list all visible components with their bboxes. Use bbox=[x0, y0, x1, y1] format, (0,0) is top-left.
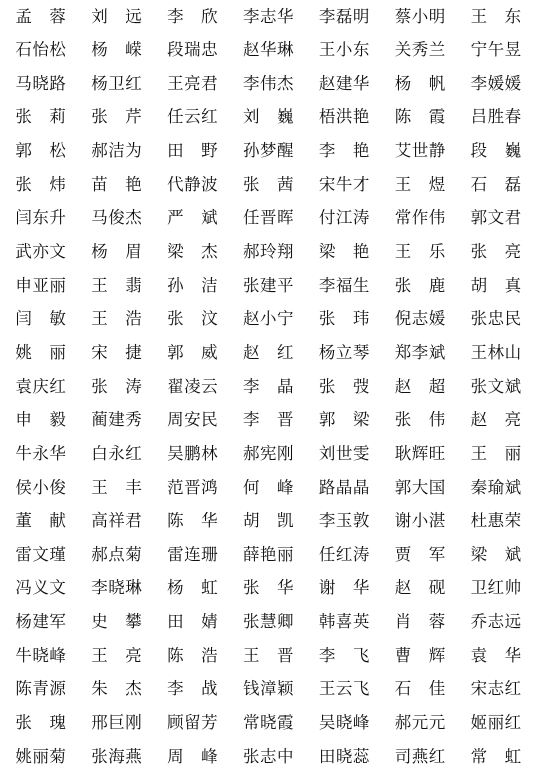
name-cell: 赵建华 bbox=[306, 67, 382, 101]
name-cell: 张建平 bbox=[231, 269, 307, 303]
person-name: 王 浩 bbox=[91, 311, 142, 328]
person-name: 刘 巍 bbox=[243, 109, 294, 126]
person-name: 任晋晖 bbox=[243, 210, 294, 227]
name-cell: 陈 浩 bbox=[155, 639, 231, 673]
name-cell: 肖 蓉 bbox=[382, 606, 458, 640]
person-name: 王 煜 bbox=[395, 177, 446, 194]
person-name: 路晶晶 bbox=[319, 480, 370, 497]
person-name: 郭 威 bbox=[167, 345, 218, 362]
person-name: 常晓霞 bbox=[243, 715, 294, 732]
name-cell: 陈 华 bbox=[155, 505, 231, 539]
name-cell: 杨 嵘 bbox=[79, 34, 155, 68]
name-cell: 宋牛才 bbox=[306, 168, 382, 202]
person-name: 张文斌 bbox=[471, 379, 522, 396]
person-name: 马晓路 bbox=[15, 76, 66, 93]
name-cell: 赵 超 bbox=[382, 370, 458, 404]
name-cell: 李 欣 bbox=[155, 0, 231, 34]
person-name: 张志中 bbox=[243, 749, 294, 766]
person-name: 曹 辉 bbox=[395, 648, 446, 665]
name-cell: 张 瑰 bbox=[3, 706, 79, 740]
person-name: 马俊杰 bbox=[91, 210, 142, 227]
person-name: 王 东 bbox=[471, 9, 522, 26]
person-name: 白永红 bbox=[91, 446, 142, 463]
name-cell: 杨 眉 bbox=[79, 235, 155, 269]
person-name: 梁 杰 bbox=[167, 244, 218, 261]
person-name: 张 亮 bbox=[471, 244, 522, 261]
person-name: 周 峰 bbox=[167, 749, 218, 766]
name-cell: 王 浩 bbox=[79, 303, 155, 337]
name-cell: 赵小宁 bbox=[231, 303, 307, 337]
name-cell: 申亚丽 bbox=[3, 269, 79, 303]
name-cell: 雷连珊 bbox=[155, 538, 231, 572]
name-cell: 张 亮 bbox=[458, 235, 534, 269]
name-cell: 钱漳颖 bbox=[231, 673, 307, 707]
person-name: 刘世雯 bbox=[319, 446, 370, 463]
person-name: 赵小宁 bbox=[243, 311, 294, 328]
person-name: 周安民 bbox=[167, 412, 218, 429]
person-name: 张慧卿 bbox=[243, 614, 294, 631]
person-name: 李志华 bbox=[243, 9, 294, 26]
name-cell: 王 晋 bbox=[231, 639, 307, 673]
name-cell: 胡 真 bbox=[458, 269, 534, 303]
name-cell: 马晓路 bbox=[3, 67, 79, 101]
person-name: 王 丰 bbox=[91, 480, 142, 497]
person-name: 姚 丽 bbox=[15, 345, 66, 362]
person-name: 田 婧 bbox=[167, 614, 218, 631]
name-cell: 吕胜春 bbox=[458, 101, 534, 135]
person-name: 乔志远 bbox=[471, 614, 522, 631]
person-name: 李 战 bbox=[167, 681, 218, 698]
name-cell: 李 晶 bbox=[231, 370, 307, 404]
person-name: 任云红 bbox=[167, 109, 218, 126]
name-cell: 杨卫红 bbox=[79, 67, 155, 101]
person-name: 雷连珊 bbox=[167, 547, 218, 564]
person-name: 赵建华 bbox=[319, 76, 370, 93]
name-cell: 王林山 bbox=[458, 336, 534, 370]
person-name: 顾留芳 bbox=[167, 715, 218, 732]
name-cell: 杜惠荣 bbox=[458, 505, 534, 539]
person-name: 张 炜 bbox=[15, 177, 66, 194]
person-name: 宁午昱 bbox=[471, 42, 522, 59]
person-name: 张 弢 bbox=[319, 379, 370, 396]
person-name: 苗 艳 bbox=[91, 177, 142, 194]
name-cell: 王 翡 bbox=[79, 269, 155, 303]
person-name: 常 虹 bbox=[471, 749, 522, 766]
person-name: 王小东 bbox=[319, 42, 370, 59]
person-name: 张忠民 bbox=[471, 311, 522, 328]
name-cell: 李福生 bbox=[306, 269, 382, 303]
person-name: 郭大国 bbox=[395, 480, 446, 497]
name-cell: 田 婧 bbox=[155, 606, 231, 640]
name-cell: 路晶晶 bbox=[306, 471, 382, 505]
person-name: 赵 红 bbox=[243, 345, 294, 362]
person-name: 姬丽红 bbox=[471, 715, 522, 732]
name-cell: 张 炜 bbox=[3, 168, 79, 202]
person-name: 薛艳丽 bbox=[243, 547, 294, 564]
name-cell: 王云飞 bbox=[306, 673, 382, 707]
person-name: 张 涛 bbox=[91, 379, 142, 396]
person-name: 朱 杰 bbox=[91, 681, 142, 698]
person-name: 王 丽 bbox=[471, 446, 522, 463]
person-name: 郝元元 bbox=[395, 715, 446, 732]
name-cell: 张 涛 bbox=[79, 370, 155, 404]
name-cell: 刘 巍 bbox=[231, 101, 307, 135]
person-name: 张 玮 bbox=[319, 311, 370, 328]
name-cell: 郭大国 bbox=[382, 471, 458, 505]
person-name: 李晓琳 bbox=[91, 580, 142, 597]
person-name: 梁 艳 bbox=[319, 244, 370, 261]
person-name: 袁庆红 bbox=[15, 379, 66, 396]
person-name: 代静波 bbox=[167, 177, 218, 194]
name-cell: 张 弢 bbox=[306, 370, 382, 404]
name-cell: 孟 蓉 bbox=[3, 0, 79, 34]
person-name: 闫东升 bbox=[15, 210, 66, 227]
name-cell: 武亦文 bbox=[3, 235, 79, 269]
name-cell: 艾世静 bbox=[382, 135, 458, 169]
name-grid: 孟 蓉刘 远李 欣李志华李磊明蔡小明王 东石怡松杨 嵘段瑞忠赵华琳王小东关秀兰宁… bbox=[0, 0, 537, 774]
name-cell: 任云红 bbox=[155, 101, 231, 135]
name-cell: 陈青源 bbox=[3, 673, 79, 707]
name-cell: 翟凌云 bbox=[155, 370, 231, 404]
person-name: 杨 虹 bbox=[167, 580, 218, 597]
person-name: 段瑞忠 bbox=[167, 42, 218, 59]
person-name: 张 瑰 bbox=[15, 715, 66, 732]
name-cell: 李 飞 bbox=[306, 639, 382, 673]
name-cell: 严 斌 bbox=[155, 202, 231, 236]
person-name: 倪志媛 bbox=[395, 311, 446, 328]
person-name: 秦瑜斌 bbox=[471, 480, 522, 497]
name-cell: 王 乐 bbox=[382, 235, 458, 269]
person-name: 孙梦醒 bbox=[243, 143, 294, 160]
name-cell: 张文斌 bbox=[458, 370, 534, 404]
name-cell: 宋志红 bbox=[458, 673, 534, 707]
name-cell: 宁午昱 bbox=[458, 34, 534, 68]
person-name: 雷文瑾 bbox=[15, 547, 66, 564]
name-cell: 赵 红 bbox=[231, 336, 307, 370]
name-cell: 高祥君 bbox=[79, 505, 155, 539]
name-cell: 梁 艳 bbox=[306, 235, 382, 269]
name-cell: 姬丽红 bbox=[458, 706, 534, 740]
name-cell: 闫 敏 bbox=[3, 303, 79, 337]
person-name: 李媛媛 bbox=[471, 76, 522, 93]
person-name: 谢小湛 bbox=[395, 513, 446, 530]
name-cell: 常 虹 bbox=[458, 740, 534, 774]
person-name: 李玉敦 bbox=[319, 513, 370, 530]
person-name: 石 佳 bbox=[395, 681, 446, 698]
person-name: 石 磊 bbox=[471, 177, 522, 194]
person-name: 王 晋 bbox=[243, 648, 294, 665]
person-name: 刘 远 bbox=[91, 9, 142, 26]
name-cell: 朱 杰 bbox=[79, 673, 155, 707]
person-name: 张 鹿 bbox=[395, 278, 446, 295]
name-cell: 杨建军 bbox=[3, 606, 79, 640]
name-cell: 李媛媛 bbox=[458, 67, 534, 101]
name-cell: 郝元元 bbox=[382, 706, 458, 740]
person-name: 王亮君 bbox=[167, 76, 218, 93]
name-cell: 李磊明 bbox=[306, 0, 382, 34]
name-list-page: 孟 蓉刘 远李 欣李志华李磊明蔡小明王 东石怡松杨 嵘段瑞忠赵华琳王小东关秀兰宁… bbox=[0, 0, 537, 774]
person-name: 杨 帆 bbox=[395, 76, 446, 93]
name-cell: 杨 帆 bbox=[382, 67, 458, 101]
person-name: 杨 嵘 bbox=[91, 42, 142, 59]
name-cell: 李 艳 bbox=[306, 135, 382, 169]
name-cell: 梧洪艳 bbox=[306, 101, 382, 135]
person-name: 牛永华 bbox=[15, 446, 66, 463]
person-name: 关秀兰 bbox=[395, 42, 446, 59]
person-name: 常作伟 bbox=[395, 210, 446, 227]
person-name: 王 亮 bbox=[91, 648, 142, 665]
person-name: 袁 华 bbox=[471, 648, 522, 665]
person-name: 郭 松 bbox=[15, 143, 66, 160]
name-cell: 梁 斌 bbox=[458, 538, 534, 572]
name-cell: 何 峰 bbox=[231, 471, 307, 505]
name-cell: 韩喜英 bbox=[306, 606, 382, 640]
name-cell: 蔡小明 bbox=[382, 0, 458, 34]
person-name: 邢巨刚 bbox=[91, 715, 142, 732]
name-cell: 顾留芳 bbox=[155, 706, 231, 740]
name-cell: 李 战 bbox=[155, 673, 231, 707]
name-cell: 卫红帅 bbox=[458, 572, 534, 606]
person-name: 司燕红 bbox=[395, 749, 446, 766]
name-cell: 杨立琴 bbox=[306, 336, 382, 370]
name-cell: 李伟杰 bbox=[231, 67, 307, 101]
name-cell: 陈 霞 bbox=[382, 101, 458, 135]
name-cell: 牛永华 bbox=[3, 437, 79, 471]
person-name: 宋志红 bbox=[471, 681, 522, 698]
person-name: 范晋鸿 bbox=[167, 480, 218, 497]
person-name: 张 茜 bbox=[243, 177, 294, 194]
name-cell: 胡 凯 bbox=[231, 505, 307, 539]
person-name: 陈 华 bbox=[167, 513, 218, 530]
name-cell: 谢 华 bbox=[306, 572, 382, 606]
person-name: 赵 超 bbox=[395, 379, 446, 396]
name-cell: 王 丽 bbox=[458, 437, 534, 471]
name-cell: 郝洁为 bbox=[79, 135, 155, 169]
name-cell: 闫东升 bbox=[3, 202, 79, 236]
person-name: 吴晓峰 bbox=[319, 715, 370, 732]
person-name: 杨 眉 bbox=[91, 244, 142, 261]
person-name: 李 欣 bbox=[167, 9, 218, 26]
name-cell: 郭 威 bbox=[155, 336, 231, 370]
name-cell: 杨 虹 bbox=[155, 572, 231, 606]
name-cell: 王 煜 bbox=[382, 168, 458, 202]
person-name: 蔺建秀 bbox=[91, 412, 142, 429]
person-name: 郭文君 bbox=[471, 210, 522, 227]
person-name: 李 飞 bbox=[319, 648, 370, 665]
person-name: 杨卫红 bbox=[91, 76, 142, 93]
person-name: 陈 霞 bbox=[395, 109, 446, 126]
person-name: 闫 敏 bbox=[15, 311, 66, 328]
person-name: 董 献 bbox=[15, 513, 66, 530]
name-cell: 任晋晖 bbox=[231, 202, 307, 236]
name-cell: 蔺建秀 bbox=[79, 404, 155, 438]
name-cell: 张志中 bbox=[231, 740, 307, 774]
person-name: 石怡松 bbox=[15, 42, 66, 59]
name-cell: 乔志远 bbox=[458, 606, 534, 640]
name-cell: 周 峰 bbox=[155, 740, 231, 774]
name-cell: 王 亮 bbox=[79, 639, 155, 673]
person-name: 牛晓峰 bbox=[15, 648, 66, 665]
name-cell: 赵 亮 bbox=[458, 404, 534, 438]
name-cell: 赵 砚 bbox=[382, 572, 458, 606]
name-cell: 张 芹 bbox=[79, 101, 155, 135]
name-cell: 郝点菊 bbox=[79, 538, 155, 572]
name-cell: 吴鹏林 bbox=[155, 437, 231, 471]
person-name: 王 乐 bbox=[395, 244, 446, 261]
person-name: 张 芹 bbox=[91, 109, 142, 126]
person-name: 钱漳颖 bbox=[243, 681, 294, 698]
name-cell: 张 玮 bbox=[306, 303, 382, 337]
name-cell: 石怡松 bbox=[3, 34, 79, 68]
name-cell: 姚丽菊 bbox=[3, 740, 79, 774]
name-cell: 贾 军 bbox=[382, 538, 458, 572]
name-cell: 张慧卿 bbox=[231, 606, 307, 640]
name-cell: 郭文君 bbox=[458, 202, 534, 236]
person-name: 杜惠荣 bbox=[471, 513, 522, 530]
person-name: 翟凌云 bbox=[167, 379, 218, 396]
name-cell: 雷文瑾 bbox=[3, 538, 79, 572]
person-name: 李福生 bbox=[319, 278, 370, 295]
name-cell: 李玉敦 bbox=[306, 505, 382, 539]
name-cell: 段瑞忠 bbox=[155, 34, 231, 68]
name-cell: 郭 松 bbox=[3, 135, 79, 169]
name-cell: 李 晋 bbox=[231, 404, 307, 438]
name-cell: 袁 华 bbox=[458, 639, 534, 673]
person-name: 李伟杰 bbox=[243, 76, 294, 93]
name-cell: 袁庆红 bbox=[3, 370, 79, 404]
person-name: 王 翡 bbox=[91, 278, 142, 295]
name-cell: 常作伟 bbox=[382, 202, 458, 236]
person-name: 杨立琴 bbox=[319, 345, 370, 362]
name-cell: 宋 捷 bbox=[79, 336, 155, 370]
person-name: 史 攀 bbox=[91, 614, 142, 631]
person-name: 张 伟 bbox=[395, 412, 446, 429]
name-cell: 姚 丽 bbox=[3, 336, 79, 370]
name-cell: 郝宪刚 bbox=[231, 437, 307, 471]
person-name: 张海燕 bbox=[91, 749, 142, 766]
person-name: 王云飞 bbox=[319, 681, 370, 698]
name-cell: 刘世雯 bbox=[306, 437, 382, 471]
person-name: 冯义文 bbox=[15, 580, 66, 597]
name-cell: 邢巨刚 bbox=[79, 706, 155, 740]
person-name: 侯小俊 bbox=[15, 480, 66, 497]
name-cell: 苗 艳 bbox=[79, 168, 155, 202]
person-name: 任红涛 bbox=[319, 547, 370, 564]
person-name: 赵华琳 bbox=[243, 42, 294, 59]
name-cell: 马俊杰 bbox=[79, 202, 155, 236]
person-name: 李 艳 bbox=[319, 143, 370, 160]
person-name: 张建平 bbox=[243, 278, 294, 295]
person-name: 郝玲翔 bbox=[243, 244, 294, 261]
name-cell: 王 丰 bbox=[79, 471, 155, 505]
name-cell: 常晓霞 bbox=[231, 706, 307, 740]
person-name: 杨建军 bbox=[15, 614, 66, 631]
name-cell: 郝玲翔 bbox=[231, 235, 307, 269]
name-cell: 付江涛 bbox=[306, 202, 382, 236]
person-name: 张 汶 bbox=[167, 311, 218, 328]
name-cell: 石 磊 bbox=[458, 168, 534, 202]
name-cell: 冯义文 bbox=[3, 572, 79, 606]
name-cell: 白永红 bbox=[79, 437, 155, 471]
name-cell: 董 献 bbox=[3, 505, 79, 539]
name-cell: 张 华 bbox=[231, 572, 307, 606]
person-name: 耿辉旺 bbox=[395, 446, 446, 463]
person-name: 张 华 bbox=[243, 580, 294, 597]
name-cell: 张忠民 bbox=[458, 303, 534, 337]
person-name: 高祥君 bbox=[91, 513, 142, 530]
person-name: 郝点菊 bbox=[91, 547, 142, 564]
name-cell: 梁 杰 bbox=[155, 235, 231, 269]
person-name: 田晓蕊 bbox=[319, 749, 370, 766]
name-cell: 耿辉旺 bbox=[382, 437, 458, 471]
person-name: 田 野 bbox=[167, 143, 218, 160]
name-cell: 秦瑜斌 bbox=[458, 471, 534, 505]
person-name: 段 巍 bbox=[471, 143, 522, 160]
name-cell: 郭 梁 bbox=[306, 404, 382, 438]
person-name: 郑李斌 bbox=[395, 345, 446, 362]
person-name: 梁 斌 bbox=[471, 547, 522, 564]
name-cell: 司燕红 bbox=[382, 740, 458, 774]
name-cell: 段 巍 bbox=[458, 135, 534, 169]
person-name: 严 斌 bbox=[167, 210, 218, 227]
person-name: 李 晶 bbox=[243, 379, 294, 396]
person-name: 武亦文 bbox=[15, 244, 66, 261]
name-cell: 吴晓峰 bbox=[306, 706, 382, 740]
person-name: 胡 真 bbox=[471, 278, 522, 295]
name-cell: 张海燕 bbox=[79, 740, 155, 774]
name-cell: 王 东 bbox=[458, 0, 534, 34]
name-cell: 关秀兰 bbox=[382, 34, 458, 68]
person-name: 申 毅 bbox=[15, 412, 66, 429]
name-cell: 李晓琳 bbox=[79, 572, 155, 606]
person-name: 贾 军 bbox=[395, 547, 446, 564]
name-cell: 任红涛 bbox=[306, 538, 382, 572]
name-cell: 申 毅 bbox=[3, 404, 79, 438]
person-name: 王林山 bbox=[471, 345, 522, 362]
name-cell: 倪志媛 bbox=[382, 303, 458, 337]
person-name: 赵 砚 bbox=[395, 580, 446, 597]
person-name: 吴鹏林 bbox=[167, 446, 218, 463]
person-name: 赵 亮 bbox=[471, 412, 522, 429]
person-name: 郝宪刚 bbox=[243, 446, 294, 463]
name-cell: 孙 洁 bbox=[155, 269, 231, 303]
person-name: 梧洪艳 bbox=[319, 109, 370, 126]
name-cell: 王小东 bbox=[306, 34, 382, 68]
person-name: 付江涛 bbox=[319, 210, 370, 227]
person-name: 姚丽菊 bbox=[15, 749, 66, 766]
person-name: 李磊明 bbox=[319, 9, 370, 26]
person-name: 宋牛才 bbox=[319, 177, 370, 194]
person-name: 孙 洁 bbox=[167, 278, 218, 295]
person-name: 谢 华 bbox=[319, 580, 370, 597]
person-name: 李 晋 bbox=[243, 412, 294, 429]
name-cell: 张 莉 bbox=[3, 101, 79, 135]
name-cell: 张 汶 bbox=[155, 303, 231, 337]
person-name: 陈 浩 bbox=[167, 648, 218, 665]
name-cell: 侯小俊 bbox=[3, 471, 79, 505]
name-cell: 代静波 bbox=[155, 168, 231, 202]
name-cell: 张 茜 bbox=[231, 168, 307, 202]
person-name: 陈青源 bbox=[15, 681, 66, 698]
person-name: 蔡小明 bbox=[395, 9, 446, 26]
name-cell: 孙梦醒 bbox=[231, 135, 307, 169]
name-cell: 张 鹿 bbox=[382, 269, 458, 303]
person-name: 何 峰 bbox=[243, 480, 294, 497]
name-cell: 曹 辉 bbox=[382, 639, 458, 673]
name-cell: 王亮君 bbox=[155, 67, 231, 101]
person-name: 艾世静 bbox=[395, 143, 446, 160]
person-name: 宋 捷 bbox=[91, 345, 142, 362]
